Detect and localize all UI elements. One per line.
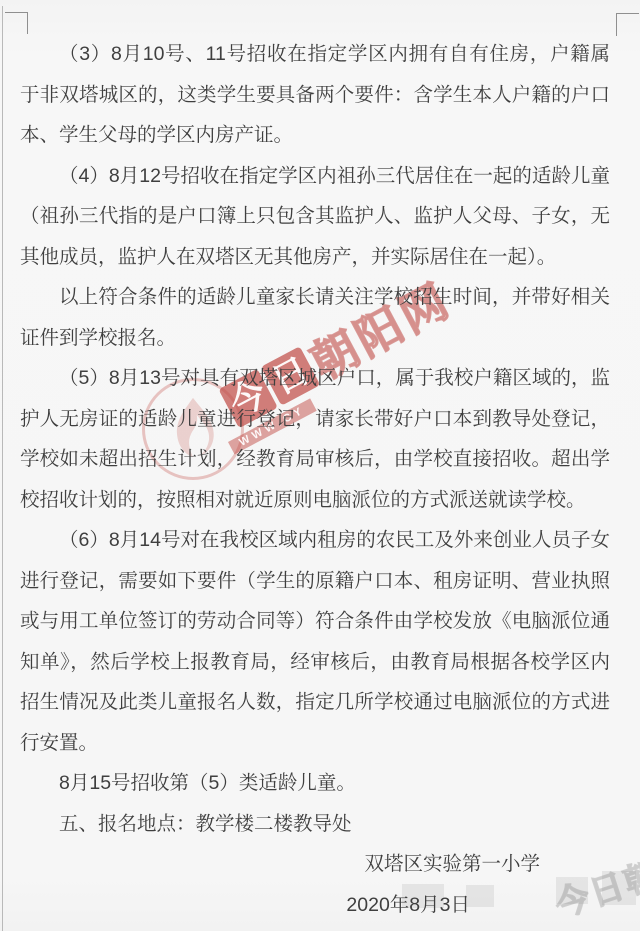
document-page: 今 日 朝阳网 WWW.CY 今日朝阳 （3）8月10号、11号招收在指定学区内… [0, 0, 640, 931]
signature-date: 2020年8月3日 [20, 885, 610, 926]
paragraph-note: 以上符合条件的适龄儿童家长请关注学校招生时间，并带好相关证件到学校报名。 [20, 277, 610, 358]
paragraph-item-3: （3）8月10号、11号招收在指定学区内拥有自有住房，户籍属于非双塔城区的，这类… [20, 34, 610, 156]
paragraph-location: 五、报名地点：教学楼二楼教导处 [20, 804, 610, 845]
paragraph-aug15: 8月15号招收第（5）类适龄儿童。 [20, 763, 610, 804]
signature-school-name: 双塔区实验第一小学 [20, 844, 610, 885]
paragraph-item-4: （4）8月12号招收在指定学区内祖孙三代居住在一起的适龄儿童（祖孙三代指的是户口… [20, 156, 610, 278]
paragraph-item-5: （5）8月13号对具有双塔区城区户口，属于我校户籍区域的，监护人无房证的适龄儿童… [20, 358, 610, 520]
crop-mark-top-right [616, 13, 639, 36]
document-body: （3）8月10号、11号招收在指定学区内拥有自有住房，户籍属于非双塔城区的，这类… [0, 34, 640, 925]
paragraph-item-6: （6）8月14号对在我校区域内租房的农民工及外来创业人员子女进行登记，需要如下要… [20, 520, 610, 763]
crop-mark-top-left [5, 12, 28, 34]
